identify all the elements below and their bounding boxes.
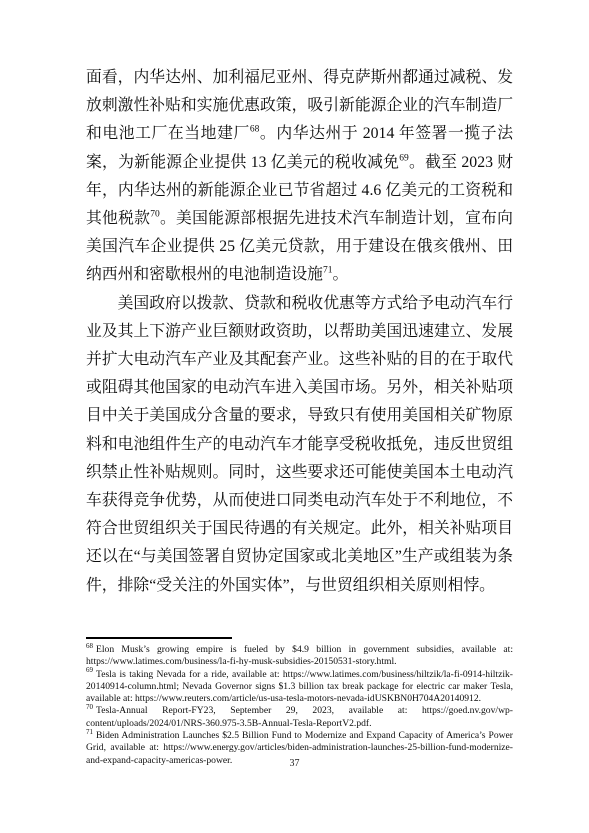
footnote-ref: 71 xyxy=(323,266,333,276)
footnote-number: 68 xyxy=(86,642,96,650)
footnote-ref: 68 xyxy=(250,125,260,135)
footnote-item: 69Tesla is taking Nevada for a ride, ava… xyxy=(86,669,513,706)
footnote-number: 69 xyxy=(86,666,96,674)
document-page: 面看，内华达州、加利福尼亚州、得克萨斯州都通过减税、发放刺激性补贴和实施优惠政策… xyxy=(0,0,589,833)
paragraph: 美国政府以拨款、贷款和税收优惠等方式给予电动汽车行业及其上下游产业巨额财政资助，… xyxy=(86,290,513,600)
footnote-number: 71 xyxy=(86,728,96,736)
footnotes: 68Elon Musk’s growing empire is fueled b… xyxy=(86,644,513,767)
footnote-number: 70 xyxy=(86,703,96,711)
page-number: 37 xyxy=(0,758,589,769)
paragraph: 面看，内华达州、加利福尼亚州、得克萨斯州都通过减税、发放刺激性补贴和实施优惠政策… xyxy=(86,64,513,290)
footnote-ref: 70 xyxy=(150,210,160,220)
footnote-item: 68Elon Musk’s growing empire is fueled b… xyxy=(86,644,513,669)
footnote-ref: 69 xyxy=(399,153,409,163)
body-text: 面看，内华达州、加利福尼亚州、得克萨斯州都通过减税、发放刺激性补贴和实施优惠政策… xyxy=(86,64,513,600)
footnote-item: 70Tesla-Annual Report-FY23, September 29… xyxy=(86,705,513,730)
footnote-separator xyxy=(86,637,232,639)
